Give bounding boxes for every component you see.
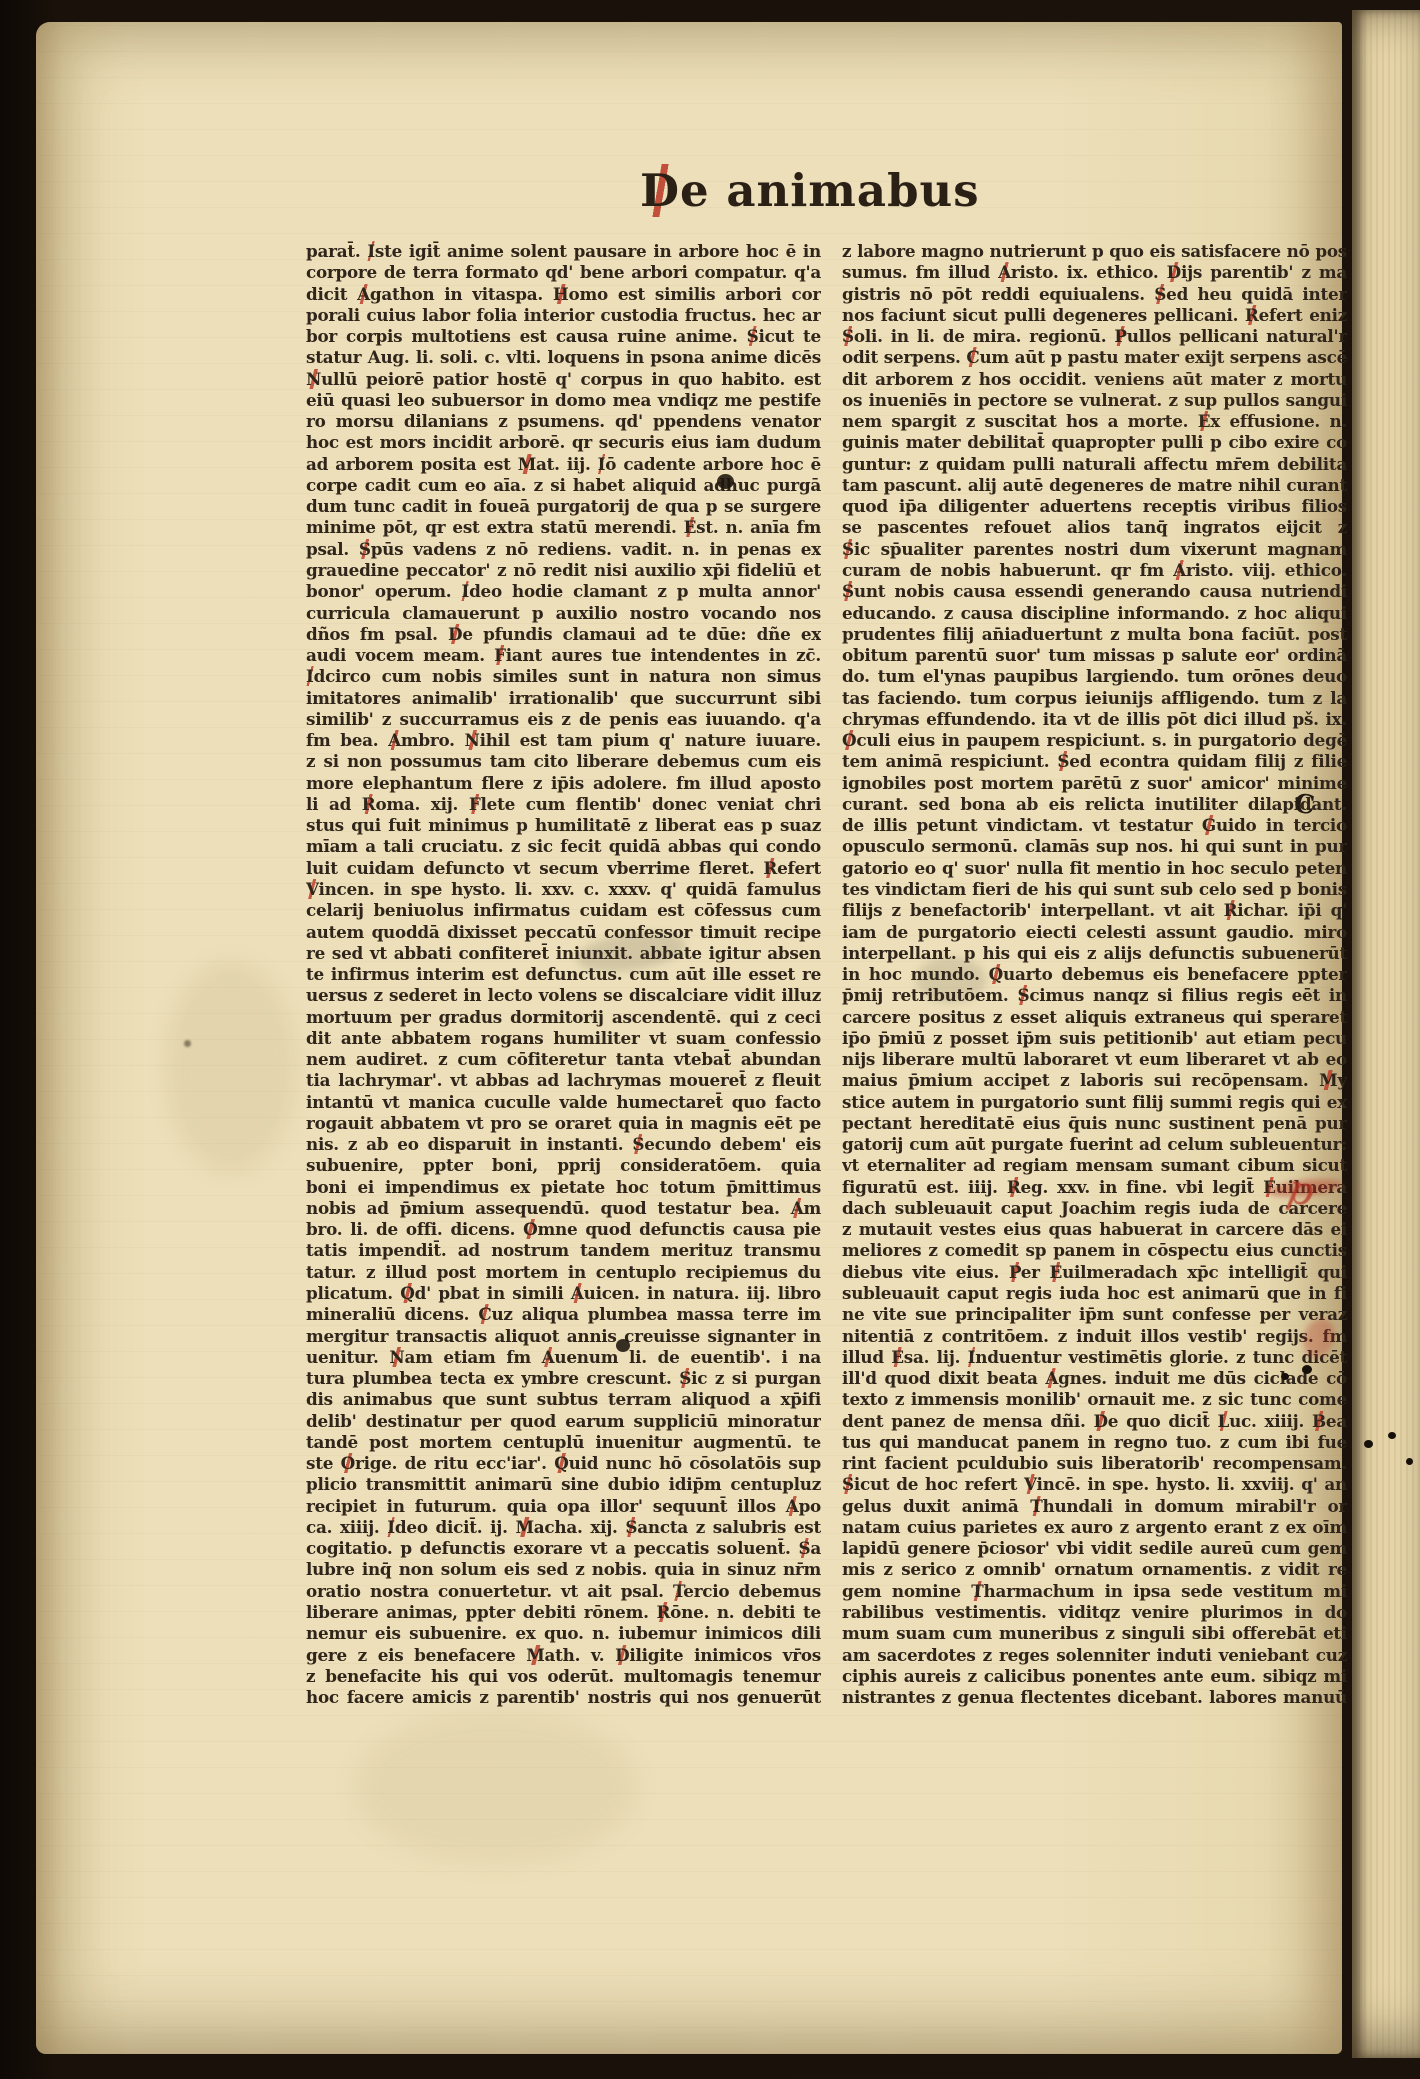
- rubricated-initial: B: [1312, 1411, 1326, 1431]
- text-line: opusculo sermonū. clamās sup nos. hi qui…: [842, 836, 1347, 857]
- rubricated-initial: D: [1093, 1411, 1107, 1431]
- text-line: diebus vite eius. Per Euilmeradach xp̄c …: [842, 1262, 1347, 1283]
- rubricated-initial: R: [362, 794, 376, 814]
- text-line: Oculi eius in paupem respiciunt. s. in p…: [842, 730, 1347, 751]
- rubricated-initial: S: [1057, 751, 1069, 771]
- text-line: statur Aug. li. soli. c. vlti. loquens i…: [306, 347, 821, 368]
- text-line: meliores z comedit sp panem in cōspectu …: [842, 1240, 1347, 1261]
- rubricated-initial: D: [448, 624, 462, 644]
- text-line: odit serpens. Cum aūt p pastu mater exij…: [842, 347, 1347, 368]
- rubricated-initial: Q: [989, 964, 1003, 984]
- rubricated-initial: A: [1045, 1368, 1058, 1388]
- text-line: dum tunc cadit in foueā purgatorij de qu…: [306, 496, 821, 517]
- rubricated-initial: E: [1198, 411, 1211, 431]
- text-line: quod ip̄a diligenter aduertens receptis …: [842, 496, 1347, 517]
- text-line: p̄mij retributōem. Scimus nanqz si filiu…: [842, 985, 1347, 1006]
- text-line: pectant hereditatē eius q̄uis nunc susti…: [842, 1113, 1347, 1134]
- rubricated-initial: D: [640, 164, 680, 217]
- text-line: ip̄o p̄miū z posset ip̄m suis petitionib…: [842, 1028, 1347, 1049]
- text-line: cogitatio. p defunctis exorare vt a pecc…: [306, 1538, 821, 1559]
- text-line: tem animā respiciunt. Sed econtra quidam…: [842, 751, 1347, 772]
- ink-spot: [1302, 1365, 1312, 1374]
- text-line: audi vocem meam. Fiant aures tue intende…: [306, 645, 821, 666]
- text-line: ill'd quod dixit beata Agnes. induit me …: [842, 1368, 1347, 1389]
- rubricated-initial: I: [387, 1517, 395, 1537]
- rubricated-initial: O: [341, 1453, 355, 1473]
- text-line: gatorij cum aūt purgate fuerint ad celum…: [842, 1134, 1347, 1155]
- text-line: celarij beniuolus infirmatus cuidam est …: [306, 900, 821, 921]
- rubricated-initial: T: [1030, 1496, 1042, 1516]
- text-line: dit arborem z hos occidit. veniens aūt m…: [842, 369, 1347, 390]
- text-line: z labore magno nutrierunt p quo eis sati…: [842, 241, 1347, 262]
- ink-blot: [616, 1339, 630, 1352]
- text-line: de illis petunt vindictam. vt testatur G…: [842, 815, 1347, 836]
- text-line: imitatores animalib' irrationalib' que s…: [306, 688, 821, 709]
- text-line: dent panez de mensa dñi. De quo dicit̄ L…: [842, 1411, 1347, 1432]
- rubricated-initial: A: [571, 1283, 584, 1303]
- text-line: hoc est mors incidit arborē. qr securis …: [306, 432, 821, 453]
- text-line: sumus. fm illud Aristo. ix. ethico. Dijs…: [842, 262, 1347, 283]
- text-line: fm bea. Ambro. Nihil est tam pium q' nat…: [306, 730, 821, 751]
- rubricated-initial: I: [968, 1347, 976, 1367]
- text-line: educando. z causa discipline informando.…: [842, 603, 1347, 624]
- text-line: curricula clamauerunt p auxilio nostro v…: [306, 603, 821, 624]
- rubricated-initial: R: [1224, 900, 1238, 920]
- rubricated-initial: H: [553, 284, 569, 304]
- stain: [356, 1712, 636, 1862]
- rubricated-initial: D: [615, 1645, 629, 1665]
- text-line: intantū vt manica cuculle valde humectar…: [306, 1092, 821, 1113]
- text-line: nijs liberare multū laboraret vt eum lib…: [842, 1049, 1347, 1070]
- rubricated-initial: N: [306, 369, 321, 389]
- text-line: uersus z sederet in lecto volens se disc…: [306, 985, 821, 1006]
- text-line: iam de purgatorio eiecti celesti assunt …: [842, 922, 1347, 943]
- text-line: Sunt nobis causa essendi generando causa…: [842, 581, 1347, 602]
- text-line: ro morsu dilanians z psumens. qd' ppende…: [306, 411, 821, 432]
- rubricated-initial: R: [763, 858, 777, 878]
- text-line: tandē post mortem centuplū inuenitur aug…: [306, 1432, 821, 1453]
- text-line: nis. z ab eo disparuit in instanti. Secu…: [306, 1134, 821, 1155]
- text-line: tus qui manducat panem in regno tuo. z c…: [842, 1432, 1347, 1453]
- rubricated-initial: M: [518, 454, 536, 474]
- text-line: Sic sp̄ualiter parentes nostri dum vixer…: [842, 539, 1347, 560]
- rubricated-initial: V: [1024, 1474, 1036, 1494]
- rubricated-initial: O: [523, 1219, 537, 1239]
- rubricated-initial: M: [1319, 1070, 1337, 1090]
- rubricated-initial: P: [1114, 326, 1126, 346]
- text-line: carcere positus z esset aliquis extraneu…: [842, 1007, 1347, 1028]
- text-line: recipiet in futurum. quia opa illor' seq…: [306, 1496, 821, 1517]
- text-line: nemur eis subuenire. ex quo. n. iubemur …: [306, 1623, 821, 1644]
- text-line: tatur. z illud post mortem in centuplo r…: [306, 1262, 821, 1283]
- rubricated-initial: D: [1167, 262, 1181, 282]
- rubricated-initial: A: [388, 730, 401, 750]
- text-line: interpellant. p his qui eis z alijs defu…: [842, 943, 1347, 964]
- text-line: mis z serico z omnib' ornatum ornamentis…: [842, 1559, 1347, 1580]
- rubricated-initial: I: [367, 241, 375, 261]
- text-line: obitum parentū suor' tum missas p salute…: [842, 645, 1347, 666]
- rubricated-initial: R: [656, 1602, 670, 1622]
- text-line: mergitur transactis aliquot annis creuis…: [306, 1326, 821, 1347]
- text-line: grauedine peccator' z nō redit nisi auxi…: [306, 560, 821, 581]
- text-line: in hoc mundo. Quarto debemus eis benefac…: [842, 964, 1347, 985]
- text-line: mineraliū dicens. Cuz aliqua plumbea mas…: [306, 1304, 821, 1325]
- text-line: tam pascunt. alij autē degeneres de matr…: [842, 475, 1347, 496]
- text-line: plicatum. Qd' pbat in simili Auicen. in …: [306, 1283, 821, 1304]
- rubricated-initial: P: [1009, 1262, 1021, 1282]
- text-line: ignobiles post mortem parētū z suor' ami…: [842, 773, 1347, 794]
- text-line: tura plumbea tecta ex ymbre crescunt. Si…: [306, 1368, 821, 1389]
- rubricated-initial: I: [461, 581, 469, 601]
- text-line: illud Esa. lij. Induentur vestimētis glo…: [842, 1347, 1347, 1368]
- text-line: li ad Roma. xij. Flete cum flentib' done…: [306, 794, 821, 815]
- rubricated-initial: V: [306, 879, 318, 899]
- rubricated-initial: S: [842, 581, 854, 601]
- text-line: delib' destinatur per quod earum supplic…: [306, 1411, 821, 1432]
- ink-spot: [1406, 1458, 1413, 1465]
- text-line: ste Orige. de ritu ecc'iar'. Quid nunc h…: [306, 1453, 821, 1474]
- rubricated-initial: Q: [554, 1453, 568, 1473]
- text-line: porali cuius labor folia interior custod…: [306, 305, 821, 326]
- rubricated-initial: C: [478, 1304, 491, 1324]
- rubricated-initial: N: [389, 1347, 404, 1367]
- next-page-edge: [1352, 10, 1420, 2058]
- rubricated-initial: T: [673, 1581, 683, 1601]
- text-line: chrymas effundendo. ita vt de illis pōt …: [842, 709, 1347, 730]
- rubricated-initial: M: [515, 1517, 533, 1537]
- rubricated-initial: S: [1017, 985, 1029, 1005]
- text-line: tia lachrymar'. vt abbas ad lachrymas mo…: [306, 1070, 821, 1091]
- text-line: filijs z benefactorib' interpellant. vt …: [842, 900, 1347, 921]
- text-line: gem nomine Tharmachum in ipsa sede vesti…: [842, 1581, 1347, 1602]
- rubricated-initial: S: [842, 326, 854, 346]
- text-column-left: parat̄. Iste igit̄ anime solent pausare …: [306, 241, 821, 1708]
- stain: [166, 962, 296, 1172]
- rubricated-initial: M: [526, 1645, 544, 1665]
- text-line: stice autem in purgatorio sunt filij sum…: [842, 1092, 1347, 1113]
- text-line: stus qui fuit minimus p humilitatē z lib…: [306, 815, 821, 836]
- rubricated-initial: A: [791, 1198, 804, 1218]
- rubricated-initial: S: [842, 1474, 854, 1494]
- text-line: ciphis aureis z calicibus ponentes ante …: [842, 1666, 1347, 1687]
- rubricated-initial: A: [357, 284, 370, 304]
- text-line: am sacerdotes z reges solenniter induti …: [842, 1645, 1347, 1666]
- margin-paragraph-mark: C: [1292, 789, 1316, 821]
- rubricated-initial: R: [1245, 305, 1259, 325]
- text-line: Idcirco cum nobis similes sunt in natura…: [306, 666, 821, 687]
- text-line: dis animabus que sunt subtus terram aliq…: [306, 1389, 821, 1410]
- text-line: texto z immensis monilib' ornauit me. z …: [842, 1389, 1347, 1410]
- rubricated-initial: S: [632, 1134, 644, 1154]
- text-line: gatorio eo q' suor' nulla fit mentio in …: [842, 858, 1347, 879]
- text-line: minime pōt, qr est extra statū merendi. …: [306, 517, 821, 538]
- rubricated-initial: F: [469, 794, 481, 814]
- text-line: parat̄. Iste igit̄ anime solent pausare …: [306, 241, 821, 262]
- stain: [184, 1040, 191, 1047]
- text-line: nitentiā z contritōem. z induit illos ve…: [842, 1326, 1347, 1347]
- text-line: plicio transmittit animarū sine dubio id…: [306, 1474, 821, 1495]
- text-line: subleuauit caput regis iuda hoc est anim…: [842, 1283, 1347, 1304]
- rubricated-initial: S: [799, 1538, 811, 1558]
- rubricated-initial: S: [625, 1517, 637, 1537]
- rubricated-initial: I: [598, 454, 606, 474]
- text-line: maius p̄mium accipet z laboris sui recōp…: [842, 1070, 1347, 1091]
- rubricated-initial: A: [998, 262, 1011, 282]
- text-line: ad arborem posita est Mat. iij. Iō caden…: [306, 454, 821, 475]
- rubricated-initial: O: [842, 730, 856, 750]
- rubricated-initial: E: [684, 517, 697, 537]
- text-line: ne vite sue principaliter ip̄m sunt conf…: [842, 1304, 1347, 1325]
- rubricated-initial: Q: [400, 1283, 414, 1303]
- text-column-right: z labore magno nutrierunt p quo eis sati…: [842, 241, 1347, 1708]
- rubricated-initial: A: [786, 1496, 799, 1516]
- text-line: bonor' operum. Ideo hodie clamant z p mu…: [306, 581, 821, 602]
- text-line: uenitur. Nam etiam fm Auenum li. de euen…: [306, 1347, 821, 1368]
- text-line: corpore de terra formato qd' bene arbori…: [306, 262, 821, 283]
- rubricated-initial: F: [494, 645, 506, 665]
- text-line: nos faciunt sicut pulli degeneres pellic…: [842, 305, 1347, 326]
- left-page: De animabus parat̄. Iste igit̄ anime sol…: [36, 22, 1342, 2054]
- text-line: gistris nō pōt reddi equiualens. Sed heu…: [842, 284, 1347, 305]
- rubricated-initial: S: [679, 1368, 691, 1388]
- text-line: se pascentes refouet alios tanq̄ ingrato…: [842, 517, 1347, 538]
- running-title: De animabus: [640, 164, 970, 224]
- rubricated-initial: E: [891, 1347, 904, 1367]
- text-line: nem spargit z suscitat hos a morte. Ex e…: [842, 411, 1347, 432]
- text-line: subuenire, ppter boni, pprij consideratō…: [306, 1155, 821, 1176]
- text-line: do. tum el'ynas paupibus largiendo. tum …: [842, 666, 1347, 687]
- rubricated-initial: G: [1202, 815, 1216, 835]
- text-line: psal. Spūs vadens z nō rediens. vadit. n…: [306, 539, 821, 560]
- text-line: mum suam cum muneribus z singuli sibi of…: [842, 1623, 1347, 1644]
- text-line: tas faciendo. tum corpus ieiunijs afflig…: [842, 688, 1347, 709]
- ink-spot: [1388, 1432, 1396, 1439]
- rubricated-initial: N: [465, 730, 480, 750]
- rubricated-initial: S: [747, 326, 759, 346]
- text-line: hoc facere amicis z parentib' nostris qu…: [306, 1687, 821, 1708]
- text-line: te infirmus interim est defunctus. cum a…: [306, 964, 821, 985]
- text-line: autem quoddā dixisset peccatū confessor …: [306, 922, 821, 943]
- rubricated-initial: T: [971, 1581, 983, 1601]
- text-line: Vincen. in spe hysto. li. xxv. c. xxxv. …: [306, 879, 821, 900]
- text-line: Sicut de hoc refert Vincē. in spe. hysto…: [842, 1474, 1347, 1495]
- text-line: natam cuius parietes ex auro z argento e…: [842, 1517, 1347, 1538]
- text-line: mortuum per gradus dormitorij ascendentē…: [306, 1007, 821, 1028]
- text-line: nistrantes z genua flectentes dicebant. …: [842, 1687, 1347, 1708]
- text-line: z si non possumus tam cito liberare debe…: [306, 751, 821, 772]
- text-line: lubre inq̄ non solum eis sed z nobis. qu…: [306, 1559, 821, 1580]
- text-line: gere z eis benefacere Math. v. Diligite …: [306, 1645, 821, 1666]
- text-line: dños fm psal. De pfundis clamaui ad te d…: [306, 624, 821, 645]
- text-line: curant. sed bona ab eis relicta inutilit…: [842, 794, 1347, 815]
- text-line: re sed vt abbati confiteret̄ iniunxit. a…: [306, 943, 821, 964]
- text-line: Nullū peiorē patior hostē q' corpus in q…: [306, 369, 821, 390]
- text-line: boni ei impendimus ex pietate hoc totum …: [306, 1177, 821, 1198]
- text-line: eiū quasi leo subuersor in domo mea vndi…: [306, 390, 821, 411]
- rubricated-initial: R: [1007, 1177, 1021, 1197]
- rubricated-initial: A: [1173, 560, 1186, 580]
- text-line: z benefacite his qui vos oderūt. multoma…: [306, 1666, 821, 1687]
- text-line: gelus duxit animā Thundali in domum mira…: [842, 1496, 1347, 1517]
- rubricated-initial: E: [1050, 1262, 1063, 1282]
- book-photo: De animabus parat̄. Iste igit̄ anime sol…: [0, 0, 1420, 2079]
- rubricated-initial: L: [1218, 1411, 1230, 1431]
- rubricated-initial: S: [1154, 284, 1166, 304]
- text-line: lapidū genere p̄ciosor' vbi vidit sedile…: [842, 1538, 1347, 1559]
- text-line: rint facient pculdubio suis liberatorib'…: [842, 1453, 1347, 1474]
- rubricated-initial: C: [966, 347, 979, 367]
- text-line: prudentes filij an̄iaduertunt z multa bo…: [842, 624, 1347, 645]
- text-line: dicit Agathon in vitaspa. Homo est simil…: [306, 284, 821, 305]
- text-line: tatis impendit̄. ad nostrum tandem merit…: [306, 1240, 821, 1261]
- text-line: curam de nobis habuerunt. qr fm Aristo. …: [842, 560, 1347, 581]
- text-line: more elephantum flere z ip̄is adolere. f…: [306, 773, 821, 794]
- text-line: guinis mater debilitat̄ quapropter pulli…: [842, 432, 1347, 453]
- ink-spot: [1364, 1440, 1373, 1448]
- text-line: rabilibus vestimentis. viditqz venire pl…: [842, 1602, 1347, 1623]
- rubricated-initial: A: [542, 1347, 555, 1367]
- text-line: corpe cadit cum eo aīa. z si habet aliqu…: [306, 475, 821, 496]
- text-line: os inueniēs in pectore se vulnerat. z su…: [842, 390, 1347, 411]
- text-line: nobis ad p̄mium assequendū. quod testatu…: [306, 1198, 821, 1219]
- text-line: vt eternaliter ad regiam mensam sumant c…: [842, 1155, 1347, 1176]
- text-line: guntur: z quidam pulli naturali affectu …: [842, 454, 1347, 475]
- text-line: dit ante abbatem rogans humiliter vt sua…: [306, 1028, 821, 1049]
- text-line: ca. xiiij. Ideo dicit̄. ij. Macha. xij. …: [306, 1517, 821, 1538]
- text-line: similib' z succurramus eis z de penis ea…: [306, 709, 821, 730]
- text-line: rogauit abbatem vt pro se oraret quia in…: [306, 1113, 821, 1134]
- text-line: dach subleuauit caput Joachim regis iuda…: [842, 1198, 1347, 1219]
- text-line: oratio nostra conuertetur. vt ait psal. …: [306, 1581, 821, 1602]
- rubricated-initial: I: [306, 666, 314, 686]
- ink-spot: [1281, 1373, 1289, 1380]
- text-line: bor corpis multotiens est causa ruine an…: [306, 326, 821, 347]
- ink-blot: [717, 474, 734, 489]
- text-line: nem audiret. z cum cōfiteretur tanta vte…: [306, 1049, 821, 1070]
- text-line: liberare animas, ppter debiti rōnem. Rōn…: [306, 1602, 821, 1623]
- text-line: z mutauit vestes eius quas habuerat in c…: [842, 1219, 1347, 1240]
- rubricated-initial: S: [359, 539, 371, 559]
- rubricated-initial: S: [842, 539, 854, 559]
- text-line: mīam a tali cruciatu. z sic fecit quidā …: [306, 836, 821, 857]
- text-line: Soli. in li. de mira. regionū. Pullos pe…: [842, 326, 1347, 347]
- text-line: tes vindictam fieri de his qui sunt sub …: [842, 879, 1347, 900]
- text-line: luit cuidam defuncto vt secum vberrime f…: [306, 858, 821, 879]
- text-line: bro. li. de offi. dicens. Omne quod defu…: [306, 1219, 821, 1240]
